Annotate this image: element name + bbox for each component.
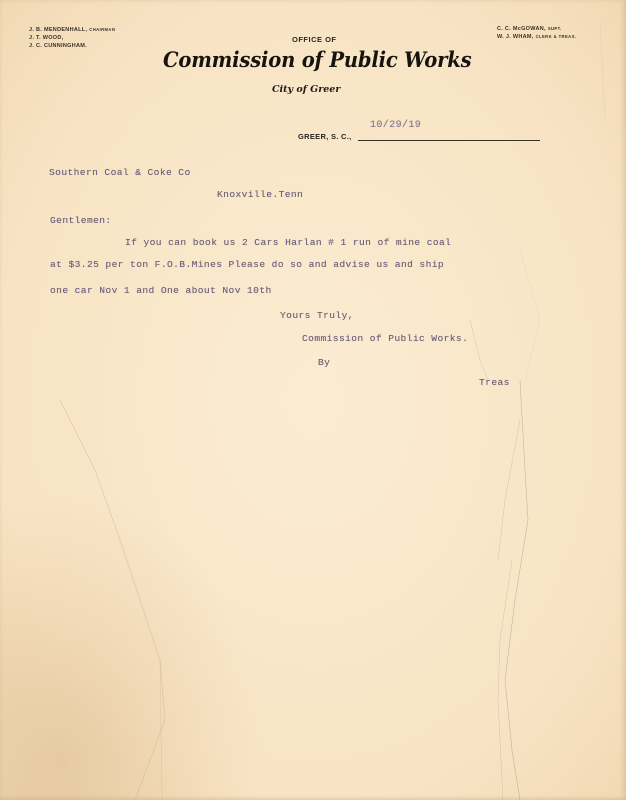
officer-line: W. J. WHAM,CLERK & TREAS.: [497, 33, 576, 41]
officer-title: CHAIRMAN: [89, 27, 115, 32]
officer-name: C. C. McGOWAN,: [497, 26, 546, 32]
masthead-city: City of Greer: [272, 84, 340, 95]
recipient-name: Southern Coal & Coke Co: [49, 167, 191, 178]
officer-name: J. B. MENDENHALL,: [29, 27, 87, 33]
paper-crease-lines: [0, 0, 626, 800]
signature-by: By: [318, 357, 330, 368]
masthead-title: Commission of Public Works: [163, 47, 442, 72]
officer-title: CLERK & TREAS.: [536, 34, 577, 39]
dateline-place: GREER, S. C.,: [298, 132, 352, 141]
recipient-city: Knoxville.Tenn: [217, 189, 303, 200]
officer-name: J. T. WOOD,: [29, 35, 63, 41]
officer-title: SUPT.: [548, 26, 562, 31]
letter-page: J. B. MENDENHALL,CHAIRMAN J. T. WOOD, J.…: [0, 0, 626, 800]
officer-line: C. C. McGOWAN,SUPT.: [497, 25, 576, 33]
date-rule: [358, 140, 540, 141]
body-line: at $3.25 per ton F.O.B.Mines Please do s…: [50, 259, 444, 270]
officer-line: J. C. CUNNINGHAM.: [29, 42, 115, 50]
letter-date: 10/29/19: [370, 120, 421, 131]
signer-title: Treas: [479, 377, 510, 388]
office-of-label: OFFICE OF: [292, 35, 337, 44]
signature-organization: Commission of Public Works.: [302, 333, 468, 344]
officer-name: J. C. CUNNINGHAM.: [29, 43, 87, 49]
closing: Yours Truly,: [280, 310, 354, 321]
body-line: one car Nov 1 and One about Nov 10th: [50, 285, 272, 296]
officer-line: J. B. MENDENHALL,CHAIRMAN: [29, 26, 115, 34]
letterhead-officers-right: C. C. McGOWAN,SUPT. W. J. WHAM,CLERK & T…: [497, 25, 576, 41]
body-line: If you can book us 2 Cars Harlan # 1 run…: [125, 237, 451, 248]
officer-line: J. T. WOOD,: [29, 34, 115, 42]
letterhead-officers-left: J. B. MENDENHALL,CHAIRMAN J. T. WOOD, J.…: [29, 26, 115, 50]
salutation: Gentlemen:: [50, 215, 112, 226]
officer-name: W. J. WHAM,: [497, 34, 534, 40]
